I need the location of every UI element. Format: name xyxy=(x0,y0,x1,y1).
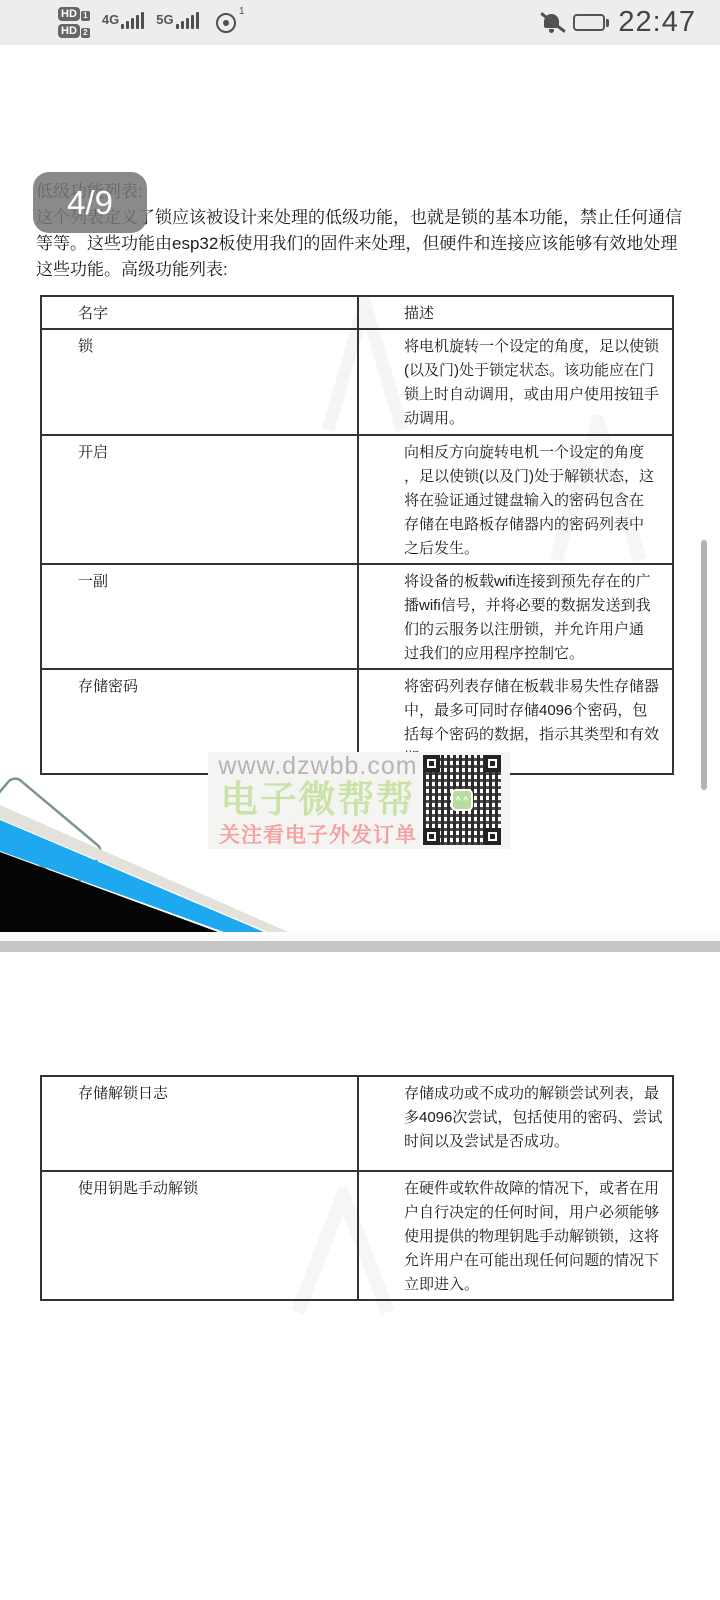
sim-hd-badges: HD 1 HD 2 xyxy=(58,7,90,38)
row-desc: 将设备的板载wifi连接到预先存在的广 播wifi信号，并将必要的数据发送到我 … xyxy=(358,564,673,669)
battery-icon xyxy=(573,14,609,31)
qr-finder-icon xyxy=(484,828,501,845)
document-page-5[interactable]: 存储解锁日志 存储成功或不成功的解锁尝试列表，最 多4096次尝试，包括使用的密… xyxy=(0,952,720,1600)
watermark-brand: 电子微帮帮 xyxy=(212,781,424,819)
table-row: 一副 将设备的板载wifi连接到预先存在的广 播wifi信号，并将必要的数据发送… xyxy=(41,564,673,669)
page-separator-band xyxy=(0,941,720,952)
qr-finder-icon xyxy=(423,828,440,845)
qr-finder-icon xyxy=(423,755,440,772)
phone-screen: HD 1 HD 2 4G 5G xyxy=(0,0,720,1600)
row-desc: 将电机旋转一个设定的角度，足以使锁 (以及门)处于锁定状态。该功能应在门 锁上时… xyxy=(358,329,673,435)
table-row: 锁 将电机旋转一个设定的角度，足以使锁 (以及门)处于锁定状态。该功能应在门 锁… xyxy=(41,329,673,435)
document-page-4[interactable]: 低级功能列表: 这个列表定义了锁应该被设计来处理的低级功能，也就是锁的基本功能，… xyxy=(0,45,720,932)
row-name: 锁 xyxy=(41,329,358,435)
page-gap xyxy=(0,932,720,941)
bell-muted-icon xyxy=(540,11,564,35)
hotspot-icon: 1 xyxy=(213,10,239,36)
table-header-row: 名字 描述 xyxy=(41,296,673,329)
row-desc: 在硬件或软件故障的情况下，或者在用 户自行决定的任何时间，用户必须能够 使用提供… xyxy=(358,1171,673,1300)
network-4g-label: 4G xyxy=(102,12,119,27)
signal-4g: 4G xyxy=(102,11,144,35)
qr-code: ^ ^ xyxy=(423,755,501,845)
row-desc: 存储成功或不成功的解锁尝试列表，最 多4096次尝试，包括使用的密码、尝试 时间… xyxy=(358,1076,673,1171)
table-row: 存储解锁日志 存储成功或不成功的解锁尝试列表，最 多4096次尝试，包括使用的密… xyxy=(41,1076,673,1171)
header-desc: 描述 xyxy=(358,296,673,329)
status-right-cluster: 22:47 xyxy=(540,6,696,39)
table-row: 使用钥匙手动解锁 在硬件或软件故障的情况下，或者在用 户自行决定的任何时间，用户… xyxy=(41,1171,673,1300)
hd-sim1-icon: HD 1 xyxy=(58,7,90,21)
status-bar: HD 1 HD 2 4G 5G xyxy=(0,0,720,45)
row-name: 开启 xyxy=(41,435,358,564)
status-left-cluster: HD 1 HD 2 4G 5G xyxy=(58,7,239,38)
clock: 22:47 xyxy=(618,6,696,39)
watermark-url: www.dzwbb.com xyxy=(212,752,424,781)
functions-table-continued: 存储解锁日志 存储成功或不成功的解锁尝试列表，最 多4096次尝试，包括使用的密… xyxy=(40,1075,674,1301)
watermark-texts: www.dzwbb.com 电子微帮帮 关注看电子外发订单 xyxy=(212,752,424,849)
watermark-block: www.dzwbb.com 电子微帮帮 关注看电子外发订单 ^ ^ xyxy=(208,752,510,849)
high-level-functions-table: 名字 描述 锁 将电机旋转一个设定的角度，足以使锁 (以及门)处于锁定状态。该功… xyxy=(40,295,674,775)
table-row: 开启 向相反方向旋转电机一个设定的角度 ，足以使锁(以及门)处于解锁状态，这 将… xyxy=(41,435,673,564)
hd1-label: HD xyxy=(58,7,80,21)
qr-finder-icon xyxy=(484,755,501,772)
signal-bars-icon xyxy=(176,11,199,29)
page-indicator-badge: 4/9 xyxy=(33,172,147,233)
hd-sim2-icon: HD 2 xyxy=(58,24,90,38)
row-name: 一副 xyxy=(41,564,358,669)
row-name: 使用钥匙手动解锁 xyxy=(41,1171,358,1300)
hd2-num: 2 xyxy=(81,28,90,38)
row-desc: 向相反方向旋转电机一个设定的角度 ，足以使锁(以及门)处于解锁状态，这 将在验证… xyxy=(358,435,673,564)
network-5g-label: 5G xyxy=(156,12,173,27)
header-name: 名字 xyxy=(41,296,358,329)
watermark-tagline: 关注看电子外发订单 xyxy=(212,819,424,849)
signal-bars-icon xyxy=(121,11,144,29)
scrollbar-thumb[interactable] xyxy=(701,540,707,790)
hd1-num: 1 xyxy=(81,11,90,21)
signal-5g: 5G xyxy=(156,11,198,35)
qr-center-logo-icon: ^ ^ xyxy=(451,789,473,811)
hd2-label: HD xyxy=(58,24,80,38)
hotspot-count: 1 xyxy=(239,6,245,17)
row-name: 存储解锁日志 xyxy=(41,1076,358,1171)
